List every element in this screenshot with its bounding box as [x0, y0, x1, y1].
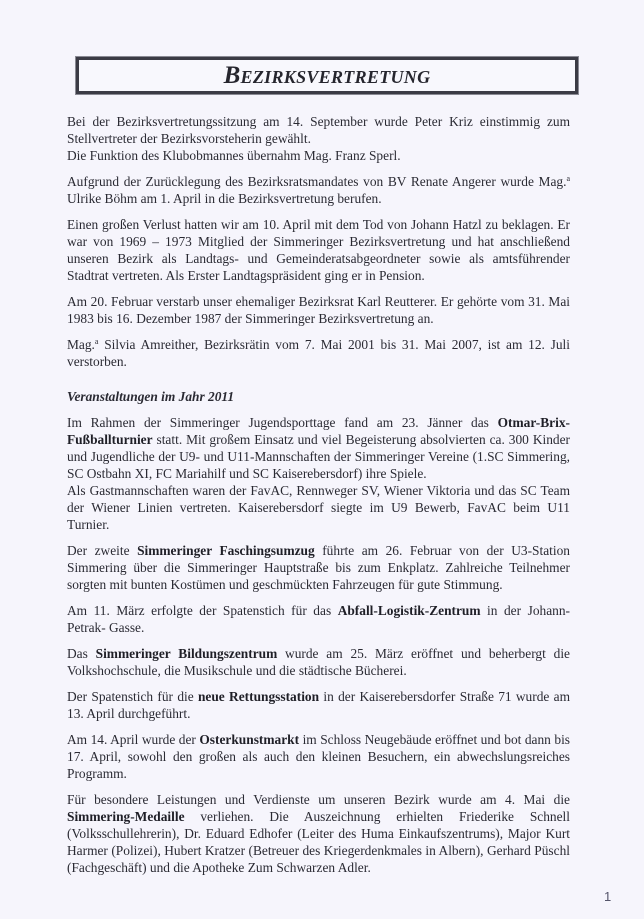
- event-rescue-station: Der Spatenstich für die neue Rettungssta…: [67, 688, 570, 722]
- paragraph-club-chair: Die Funktion des Klubobmannes übernahm M…: [67, 147, 570, 164]
- paragraph-text: Am 20. Februar verstarb unser ehemaliger…: [67, 294, 570, 326]
- paragraph-hatzl: Einen großen Verlust hatten wir am 10. A…: [67, 216, 570, 284]
- event-text: Der zweite: [67, 543, 137, 558]
- event-football-guests: Als Gastmannschaften waren der FavAC, Re…: [67, 482, 570, 533]
- event-highlight: neue Rettungsstation: [198, 689, 319, 704]
- event-text: Als Gastmannschaften waren der FavAC, Re…: [67, 483, 570, 532]
- event-text: Im Rahmen der Simmeringer Jugendsporttag…: [67, 415, 498, 430]
- paragraph-vice-chair: Bei der Bezirksvertretungssitzung am 14.…: [67, 113, 570, 147]
- page-title: Bezirksvertretung: [224, 63, 431, 88]
- event-highlight: Simmeringer Faschingsumzug: [137, 543, 315, 558]
- event-easter-art-market: Am 14. April wurde der Osterkunstmarkt i…: [67, 731, 570, 782]
- paragraph-amreither: Mag.a Silvia Amreither, Bezirksrätin vom…: [67, 336, 570, 370]
- paragraph-mandate: Aufgrund der Zurücklegung des Bezirksrat…: [67, 173, 570, 207]
- event-education-center: Das Simmeringer Bildungszentrum wurde am…: [67, 645, 570, 679]
- event-carnival-parade: Der zweite Simmeringer Faschingsumzug fü…: [67, 542, 570, 593]
- superscript: a: [566, 174, 570, 183]
- document-body: Bei der Bezirksvertretungssitzung am 14.…: [67, 113, 570, 885]
- event-text: Für besondere Leistungen und Verdienste …: [67, 792, 570, 807]
- event-text: Der Spatenstich für die: [67, 689, 198, 704]
- paragraph-text: Silvia Amreither, Bezirksrätin vom 7. Ma…: [67, 337, 570, 369]
- event-football-tournament: Im Rahmen der Simmeringer Jugendsporttag…: [67, 414, 570, 482]
- event-simmering-medal: Für besondere Leistungen und Verdienste …: [67, 791, 570, 876]
- paragraph-reutterer: Am 20. Februar verstarb unser ehemaliger…: [67, 293, 570, 327]
- paragraph-text: Die Funktion des Klubobmannes übernahm M…: [67, 148, 401, 163]
- paragraph-text: Bei der Bezirksvertretungssitzung am 14.…: [67, 114, 570, 146]
- paragraph-text: Ulrike Böhm am 1. April in die Bezirksve…: [67, 191, 382, 206]
- event-text: Am 14. April wurde der: [67, 732, 199, 747]
- event-text: Das: [67, 646, 96, 661]
- event-highlight: Simmering-Medaille: [67, 809, 185, 824]
- paragraph-text: Einen großen Verlust hatten wir am 10. A…: [67, 217, 570, 283]
- paragraph-text: Aufgrund der Zurücklegung des Bezirksrat…: [67, 174, 566, 189]
- paragraph-text: Mag.: [67, 337, 95, 352]
- page-number: 1: [604, 889, 611, 904]
- event-highlight: Abfall-Logistik-Zentrum: [338, 603, 481, 618]
- event-highlight: Osterkunstmarkt: [199, 732, 299, 747]
- title-box: Bezirksvertretung: [76, 57, 578, 94]
- event-highlight: Simmeringer Bildungszentrum: [96, 646, 278, 661]
- section-heading-events: Veranstaltungen im Jahr 2011: [67, 388, 570, 405]
- event-text: Am 11. März erfolgte der Spatenstich für…: [67, 603, 338, 618]
- event-waste-logistics: Am 11. März erfolgte der Spatenstich für…: [67, 602, 570, 636]
